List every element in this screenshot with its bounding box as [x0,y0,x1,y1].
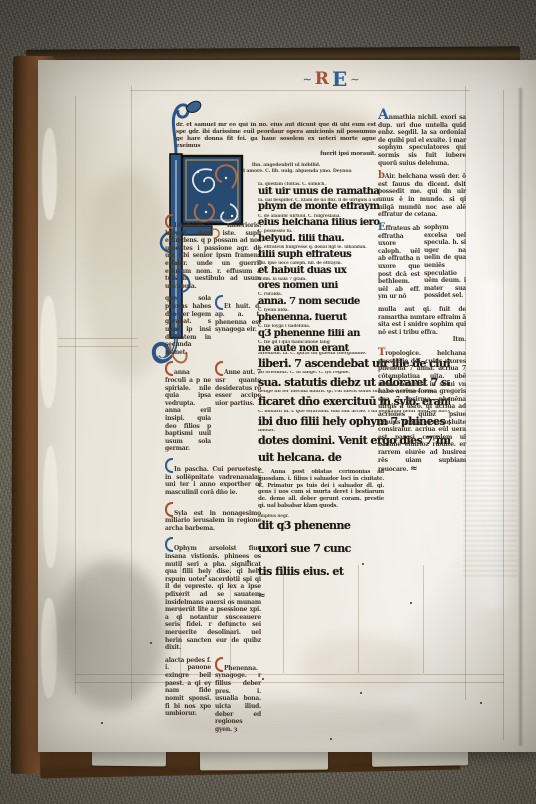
photo-vignette [0,0,536,804]
manuscript-photo: ∼ R E ∼ dr. et samuel mr eo qui in no. e… [0,0,536,804]
